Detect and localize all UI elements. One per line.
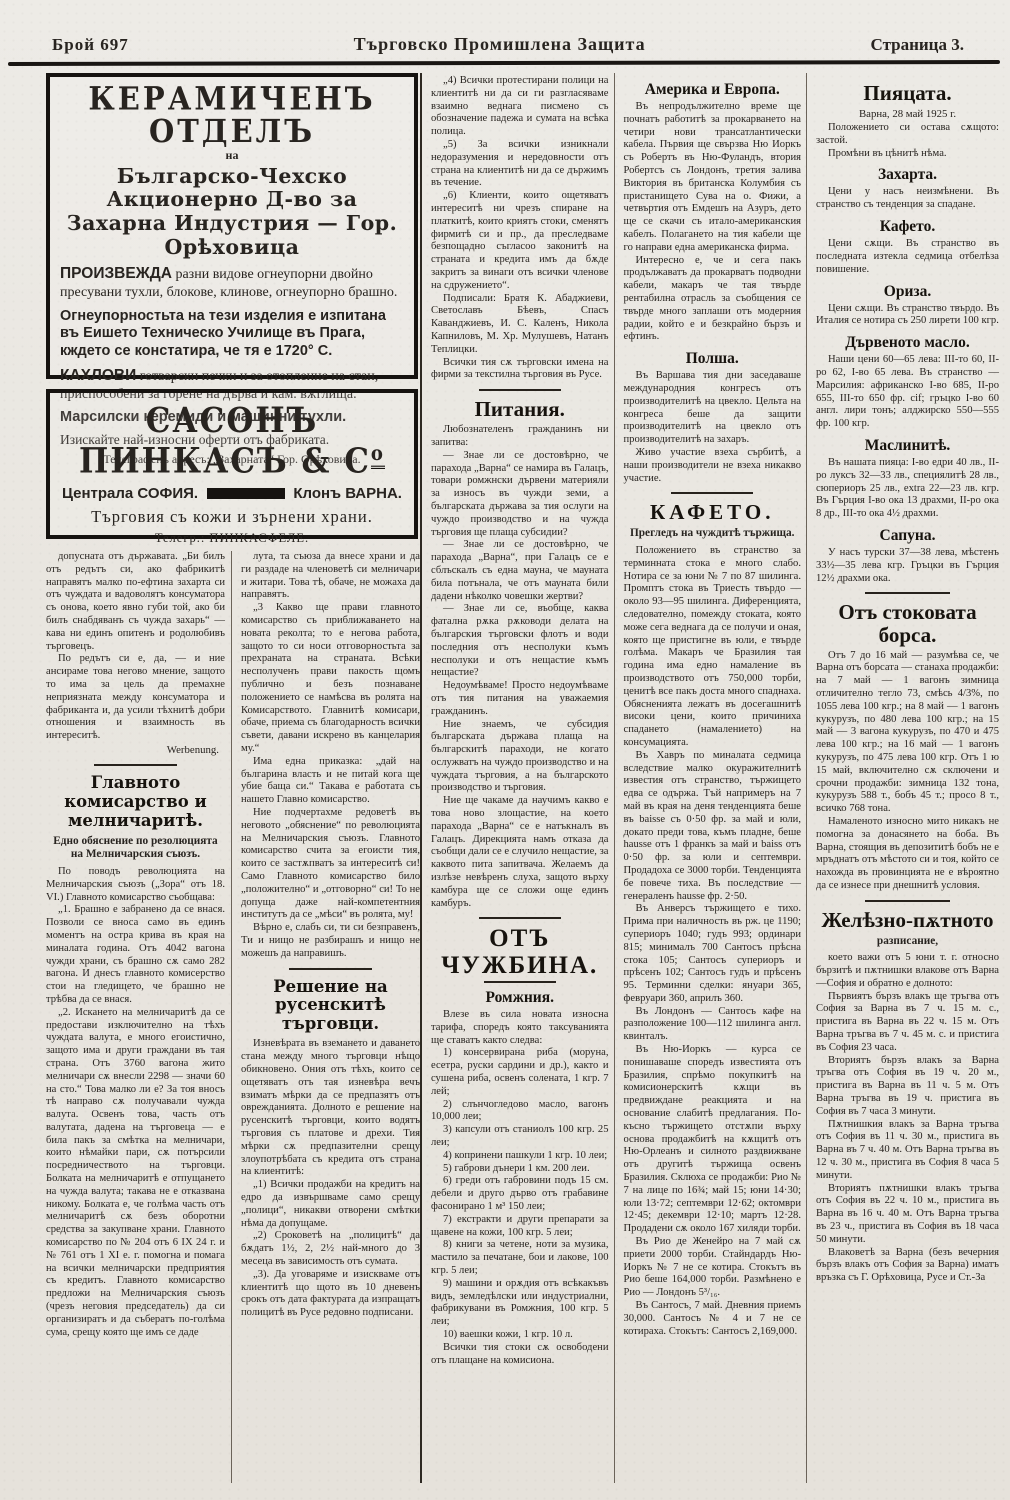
article-divider (94, 764, 176, 766)
ad-sason-klon: Клонъ ВАРНА. (293, 485, 402, 502)
right-aligned-line: Werbenung. (46, 744, 219, 757)
paragraph: У насъ турски 37—38 лева, мѣстенъ 33½—35… (816, 547, 999, 585)
article-heading: Дървеното масло. (816, 334, 999, 351)
paragraph: Ние подчертахме редоветѣ въ неговото „об… (241, 807, 420, 922)
paragraph: Положението си остава сѫщото: застой. (816, 122, 999, 148)
paragraph: Цени у насъ неизмѣнени. Въ странство съ … (816, 186, 999, 212)
section-heading: КАФЕТО. (624, 501, 802, 523)
article-divider (865, 900, 949, 902)
paragraph: Влаковетѣ за Варна (безъ вечерния бързъ … (816, 1247, 999, 1285)
newspaper-page: Брой 697 Търговско Промишлена Защита Стр… (0, 0, 1010, 1500)
ad-ceramic-fireproof: Огнеупорностьта на тези изделия е изпита… (60, 308, 404, 361)
paragraph: Цени сѫщи. Въ странство твърдо. Въ Итали… (816, 303, 999, 329)
article-heading: Америка и Европа. (624, 81, 802, 98)
paragraph: „3 Какво ще прави главното комисарство с… (241, 602, 420, 756)
paragraph: 4) копринени пашкули 1 кгр. 10 леи; (431, 1150, 609, 1163)
paragraph: „2) Сроковетѣ на „полицитѣ“ да бѫдатъ 1½… (241, 1230, 420, 1268)
article-divider (289, 968, 371, 970)
display-heading: Решение на русенскитѣ търговци. (245, 978, 416, 1035)
page-columns: КЕРАМИЧЕНЪ ОТДЕЛЪ на Българско-Чехско Ак… (0, 65, 1010, 1483)
heading-flourish (484, 981, 556, 983)
paragraph: Има една приказка: „дай на българина вла… (241, 756, 420, 807)
paragraph: „1. Брашно е забранено да се внася. Позв… (46, 904, 225, 1006)
ad-sason-centrala: Централа СОФИЯ. (62, 485, 198, 502)
paragraph: Положението въ странство за терминната с… (624, 545, 802, 750)
paragraph: Подписали: Братя К. Абаджиеви, Светослав… (431, 293, 609, 357)
section-heading: Отъ стоковата борса. (816, 601, 999, 645)
paragraph: Влезе въ сила новата износна тарифа, спо… (431, 1009, 609, 1047)
paragraph: По поводъ революцията на Мелничарския съ… (46, 866, 225, 904)
paragraph: Въ Хавръ по миналата седмица вследствие … (624, 750, 802, 904)
paragraph: Отъ 7 до 16 май — разумѣва се, че Варна … (816, 650, 999, 816)
section-heading: Желѣзно-пѫтното (816, 909, 999, 931)
paragraph: Въ непродължително време ще почнатъ рабо… (624, 101, 802, 255)
ad-sason-branches: Централа СОФИЯ. Клонъ ВАРНА. (62, 485, 402, 502)
paragraph: което важи отъ 5 юни т. г. относно бързи… (816, 952, 999, 990)
paragraph: 9) машини и орѫдия отъ всѣкакъвъ видъ, з… (431, 1278, 609, 1329)
paragraph: Ние ще чакаме да научимъ какво е това но… (431, 795, 609, 910)
article-heading: Полша. (624, 350, 802, 367)
paragraph: лута, та съюза да внесе храни и да ги ра… (241, 551, 420, 602)
article-subheading: Едно обяснение по резолюцията на Мелнича… (46, 835, 225, 862)
paragraph: Въ Рио де Женейро на 7 май сѫ приети 200… (624, 1236, 802, 1300)
ink-bar-decoration (207, 488, 285, 499)
article-heading: Ромжния. (431, 989, 609, 1006)
paragraph: Въ Ню-Иоркъ — курса се понишаваше според… (624, 1044, 802, 1236)
paragraph: Въ нашата пияца: I-во едри 40 лв., II-ро… (816, 457, 999, 521)
article-heading: Ориза. (816, 283, 999, 300)
paragraph: 3) капсули отъ станиолъ 100 кгр. 25 леи; (431, 1124, 609, 1150)
left-text-columns: допусната отъ държавата. „Би билъ отъ ре… (46, 551, 420, 1483)
paragraph: Изневѣрата въ вземането и даването стана… (241, 1038, 420, 1179)
paragraph: „4) Всички протестирани полици на клиент… (431, 75, 609, 139)
paragraph: Промѣни въ цѣнитѣ нѣма. (816, 148, 999, 161)
ad-ceramic-subtitle-1: Българско-Чехско Акционерно Д-во за (60, 165, 404, 212)
paragraph: — Знае ли се, въобще, каква фатална рѫка… (431, 603, 609, 680)
article-heading: Маслинитѣ. (816, 437, 999, 454)
section-heading: Пияцата. (816, 82, 999, 104)
article-subheading: Прегледъ на чуждитѣ тържища. (624, 527, 802, 541)
paragraph: Пѫтнишкия влакъ за Варна тръгва отъ Софи… (816, 1119, 999, 1183)
article-divider (479, 389, 561, 391)
paragraph: Любознателенъ гражданинъ ни запитва: (431, 424, 609, 450)
article-heading: Захарта. (816, 166, 999, 183)
left-region: КЕРАМИЧЕНЪ ОТДЕЛЪ на Българско-Чехско Ак… (46, 73, 420, 1483)
paragraph: Всички тия сѫ търговски имена на фирми з… (431, 357, 609, 383)
paragraph: 1) консервирана риба (моруна, есетра, ру… (431, 1047, 609, 1098)
paragraph: Ние знаемъ, че субсидия българската държ… (431, 719, 609, 796)
ad-ceramic-produces: ПРОИЗВЕЖДА разни видове огнеупорни двойн… (60, 265, 404, 302)
ad-sason-trade-line: Търговия съ кожи и зърнени храни. (60, 507, 404, 527)
paragraph: Въ Варшава тия дни заседаваше международ… (624, 370, 802, 447)
paragraph: По редътъ си е, да, — и ние ансираме тов… (46, 653, 225, 743)
paragraph: Въ Лондонъ — Сантосъ кафе на разположени… (624, 1006, 802, 1044)
column-4: Америка и Европа.Въ непродължително врем… (614, 73, 807, 1483)
ad-ceramic-title: КЕРАМИЧЕНЪ ОТДЕЛЪ (60, 83, 404, 149)
column-2: лута, та съюза да внесе храни и да ги ра… (231, 551, 420, 1483)
paragraph: — Знае ли се достовѣрно, че парахода „Ва… (431, 539, 609, 603)
article-heading: Сапуна. (816, 527, 999, 544)
paragraph: Интересно е, че и сега пакъ продължаватъ… (624, 255, 802, 345)
paragraph: Недоумѣваме! Просто недоумѣваме отъ тия … (431, 680, 609, 718)
article-divider (671, 492, 753, 494)
paragraph: — Знае ли се достовѣрно, че парахода „Ва… (431, 450, 609, 540)
paragraph: Всички тия стоки сѫ освободени отъ плаща… (431, 1342, 609, 1368)
paragraph: Цени сѫщи. Въ странство въ последната из… (816, 238, 999, 276)
article-divider (479, 917, 561, 919)
ad-sason-pinkas: САСОНЪ ПИНКАСЪ & Со Централа СОФИЯ. Клон… (46, 389, 418, 539)
paragraph: Наши цени 60—65 лева: III-то 60, II-ро 6… (816, 354, 999, 431)
paragraph: Намаленото износно мито никакъ не помогн… (816, 816, 999, 893)
page-number: Страница 3. (871, 35, 964, 55)
paragraph: Въ Анверсъ тържището е тихо. Прима при н… (624, 903, 802, 1005)
paragraph: Живо участие взеха сърбитѣ, а наши произ… (624, 447, 802, 485)
section-heading: Питания. (431, 398, 609, 420)
paragraph: „2. Искането на мелничаритѣ да се предос… (46, 1007, 225, 1340)
section-heading: ОТЪ ЧУЖБИНА. (431, 926, 609, 979)
article-heading: Кафето. (816, 218, 999, 235)
paragraph: „5) За всички изникнали недоразумения и … (431, 139, 609, 190)
paragraph: 6) греди отъ габровини подъ 15 см. дебел… (431, 1175, 609, 1213)
paragraph: 7) екстракти и други препарати за щавене… (431, 1214, 609, 1240)
ad-ceramic-na: на (60, 148, 404, 163)
paragraph: 5) габрови дънери 1 км. 200 леи. (431, 1163, 609, 1176)
newspaper-title: Търговско Промишлена Защита (354, 34, 646, 55)
article-divider (865, 592, 949, 594)
paragraph: Вториятъ пѫтнишки влакъ тръгва отъ София… (816, 1183, 999, 1247)
centered-line: Варна, 28 май 1925 г. (816, 108, 999, 121)
paragraph: Въ Сантосъ, 7 май. Дневния приемъ 30,000… (624, 1300, 802, 1338)
ad-ceramic-department: КЕРАМИЧЕНЪ ОТДЕЛЪ на Българско-Чехско Ак… (46, 73, 418, 379)
paragraph: „3). Да уговаряме и изискваме отъ клиент… (241, 1269, 420, 1320)
article-subheading: разписание, (816, 935, 999, 949)
paragraph: Първиятъ бързъ влакъ ще тръгва отъ София… (816, 991, 999, 1055)
ad-ceramic-produces-lead: ПРОИЗВЕЖДА (60, 265, 172, 282)
display-heading: Главното комисарство и мелничаритѣ. (50, 774, 221, 831)
paragraph: „6) Клиенти, които ощетяватъ интереситѣ … (431, 190, 609, 292)
paragraph: Вѣрно е, слабъ си, ти си безправенъ, Ти … (241, 922, 420, 960)
column-3: „4) Всички протестирани полици на клиент… (420, 73, 614, 1483)
ad-sason-title-main: САСОНЪ ПИНКАСЪ & С (79, 401, 371, 482)
paragraph: „1) Всички продажби на кредитъ на едро д… (241, 1179, 420, 1230)
ad-sason-title-sup: о (371, 442, 385, 469)
paragraph: 8) книги за четене, ноти за музика, маст… (431, 1239, 609, 1277)
paragraph: допусната отъ държавата. „Би билъ отъ ре… (46, 551, 225, 653)
paragraph: 2) слънчогледово масло, вагонъ 10,000 ле… (431, 1099, 609, 1125)
column-1: допусната отъ държавата. „Би билъ отъ ре… (46, 551, 231, 1483)
issue-number: Брой 697 (52, 35, 129, 55)
column-5: Пияцата.Варна, 28 май 1925 г.Положението… (806, 73, 1004, 1483)
ad-ceramic-kahlovi-lead: КАХЛОВИ (60, 367, 136, 384)
ad-sason-telegraph: Телегр.: ПИНКАСФЕЛЕ. (60, 531, 404, 546)
masthead: Брой 697 Търговско Промишлена Защита Стр… (0, 0, 1010, 59)
ad-ceramic-subtitle-2: Захарна Индустрия — Гор. Орѣховица (60, 212, 404, 259)
paragraph: Вториятъ бързъ влакъ за Варна тръгва отъ… (816, 1055, 999, 1119)
ad-sason-title: САСОНЪ ПИНКАСЪ & Со (60, 401, 404, 482)
paragraph: 10) ваешки кожи, 1 кгр. 10 л. (431, 1329, 609, 1342)
